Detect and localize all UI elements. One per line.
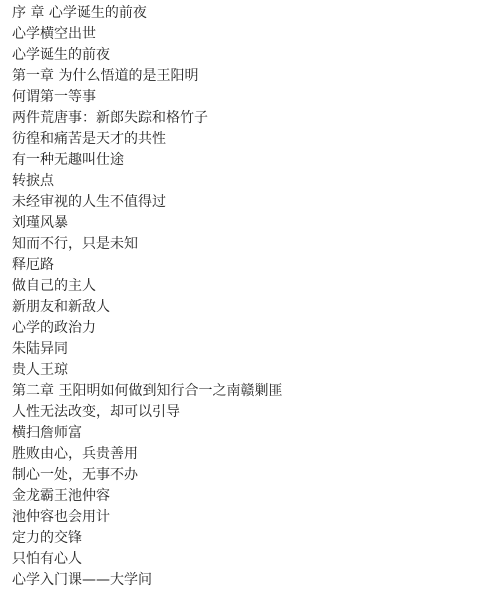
toc-chapter-2-heading: 第二章 王阳明如何做到知行合一之南赣剿匪 (12, 381, 282, 402)
toc-item: 胜败由心，兵贵善用 (12, 444, 282, 465)
toc-item: 心学的政治力 (12, 318, 282, 339)
toc-item: 做自己的主人 (12, 276, 282, 297)
table-of-contents: 序 章 心学诞生的前夜 心学横空出世 心学诞生的前夜 第一章 为什么悟道的是王阳… (12, 3, 282, 591)
toc-item: 定力的交锋 (12, 528, 282, 549)
toc-item: 池仲容也会用计 (12, 507, 282, 528)
toc-item: 心学诞生的前夜 (12, 45, 282, 66)
toc-chapter-1-heading: 第一章 为什么悟道的是王阳明 (12, 66, 282, 87)
toc-prologue-heading: 序 章 心学诞生的前夜 (12, 3, 282, 24)
toc-item: 有一种无趣叫仕途 (12, 150, 282, 171)
toc-item: 知而不行，只是未知 (12, 234, 282, 255)
toc-item: 未经审视的人生不值得过 (12, 192, 282, 213)
toc-item: 贵人王琼 (12, 360, 282, 381)
toc-item: 新朋友和新敌人 (12, 297, 282, 318)
toc-item: 朱陆异同 (12, 339, 282, 360)
toc-item: 制心一处，无事不办 (12, 465, 282, 486)
toc-item: 释厄路 (12, 255, 282, 276)
toc-item: 两件荒唐事：新郎失踪和格竹子 (12, 108, 282, 129)
toc-item: 横扫詹师富 (12, 423, 282, 444)
toc-item: 只怕有心人 (12, 549, 282, 570)
toc-item: 金龙霸王池仲容 (12, 486, 282, 507)
toc-item: 人性无法改变，却可以引导 (12, 402, 282, 423)
toc-item: 转捩点 (12, 171, 282, 192)
toc-item: 刘瑾风暴 (12, 213, 282, 234)
toc-item: 彷徨和痛苦是天才的共性 (12, 129, 282, 150)
toc-item: 心学入门课——大学问 (12, 570, 282, 591)
toc-item: 心学横空出世 (12, 24, 282, 45)
toc-item: 何谓第一等事 (12, 87, 282, 108)
